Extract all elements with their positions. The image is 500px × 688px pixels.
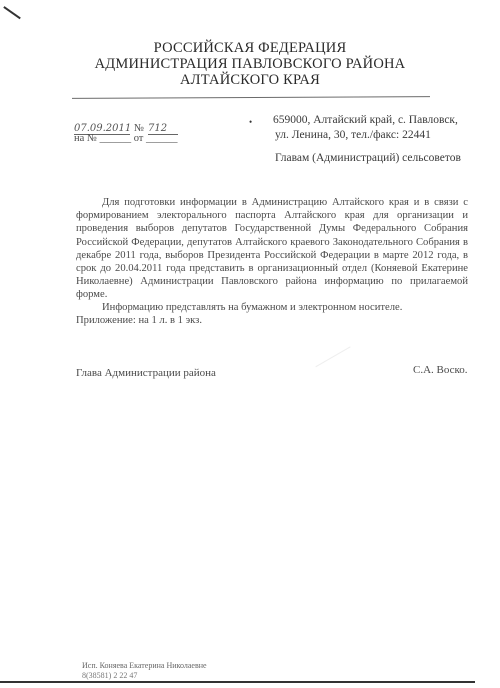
body-paragraph-1: Для подготовки информации в Администраци… xyxy=(76,196,468,302)
addressee: Главам (Администраций) сельсоветов xyxy=(275,152,461,164)
signatory-title: Глава Администрации района xyxy=(76,367,216,379)
header-region: АЛТАЙСКОГО КРАЯ xyxy=(0,72,500,89)
executor: Исп. Коняева Екатерина Николаевне xyxy=(82,661,207,670)
from-label: от xyxy=(134,133,144,144)
header-divider xyxy=(72,96,430,99)
attachment-note: Приложение: на 1 л. в 1 экз. xyxy=(76,314,468,327)
bullet-icon: • xyxy=(249,117,252,127)
reply-reference: на № ______ от ______ xyxy=(74,133,178,144)
address-line1: 659000, Алтайский край, с. Павловск, xyxy=(273,114,458,126)
reply-blank: ______ xyxy=(100,133,132,144)
scan-mark xyxy=(4,6,21,19)
header-administration: АДМИНИСТРАЦИЯ ПАВЛОВСКОГО РАЙОНА xyxy=(0,56,500,73)
header-country: РОССИЙСКАЯ ФЕДЕРАЦИЯ xyxy=(0,40,500,57)
from-blank: ______ xyxy=(146,133,178,144)
reply-label: на № xyxy=(74,133,97,144)
executor-phone: 8(38581) 2 22 47 xyxy=(82,671,137,680)
body-paragraph-2: Информацию представлять на бумажном и эл… xyxy=(76,301,468,314)
footer-divider xyxy=(0,681,475,683)
signature-mark xyxy=(315,346,360,384)
address-line2: ул. Ленина, 30, тел./факс: 22441 xyxy=(275,129,431,141)
signatory-name: С.А. Воско. xyxy=(413,364,468,376)
